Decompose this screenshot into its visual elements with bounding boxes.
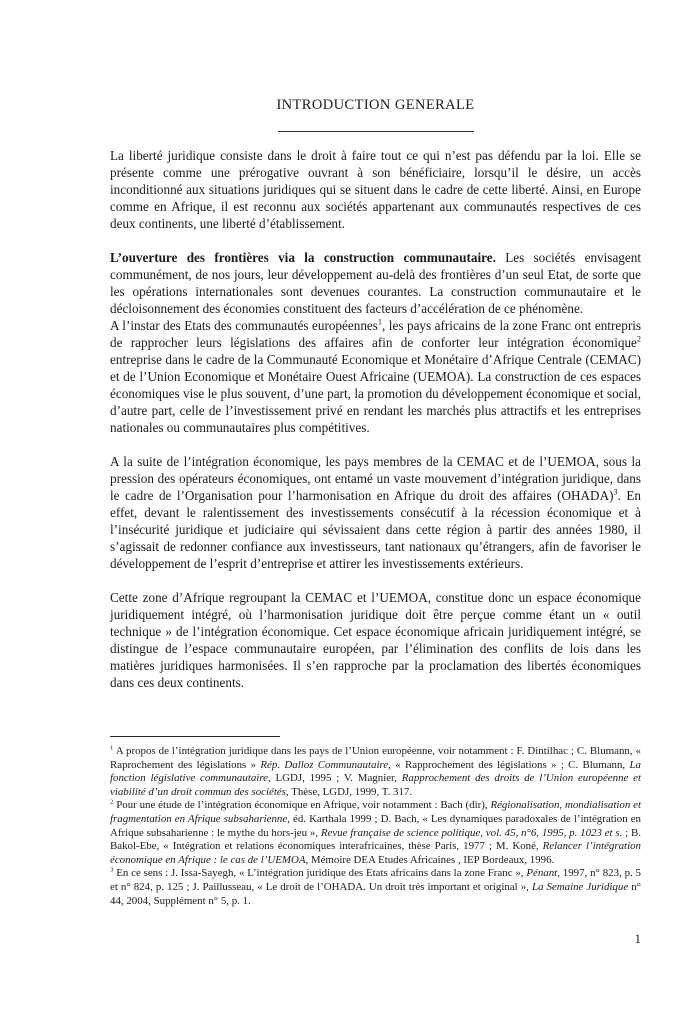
title-underline-rule	[278, 131, 474, 132]
body-paragraph: A l’instar des Etats des communautés eur…	[110, 317, 641, 436]
document-page: INTRODUCTION GENERALE La liberté juridiq…	[0, 0, 700, 1028]
body-paragraph: L’ouverture des frontières via la constr…	[110, 249, 641, 317]
paragraph-list: La liberté juridique consiste dans le dr…	[110, 147, 641, 691]
footnote: 1 A propos de l’intégration juridique da…	[110, 745, 641, 799]
footnote-separator-rule	[110, 736, 280, 737]
footnote: 2 Pour une étude de l’intégration économ…	[110, 799, 641, 867]
page-title: INTRODUCTION GENERALE	[110, 97, 641, 114]
footnote: 3 En ce sens : J. Issa-Sayegh, « L’intég…	[110, 867, 641, 908]
footnotes-section: 1 A propos de l’intégration juridique da…	[110, 736, 641, 908]
document-body: INTRODUCTION GENERALE La liberté juridiq…	[110, 97, 641, 691]
page-number: 1	[110, 931, 641, 947]
footnote-list: 1 A propos de l’intégration juridique da…	[110, 745, 641, 908]
body-paragraph: La liberté juridique consiste dans le dr…	[110, 147, 641, 232]
body-paragraph: A la suite de l’intégration économique, …	[110, 453, 641, 572]
body-paragraph: Cette zone d’Afrique regroupant la CEMAC…	[110, 589, 641, 691]
